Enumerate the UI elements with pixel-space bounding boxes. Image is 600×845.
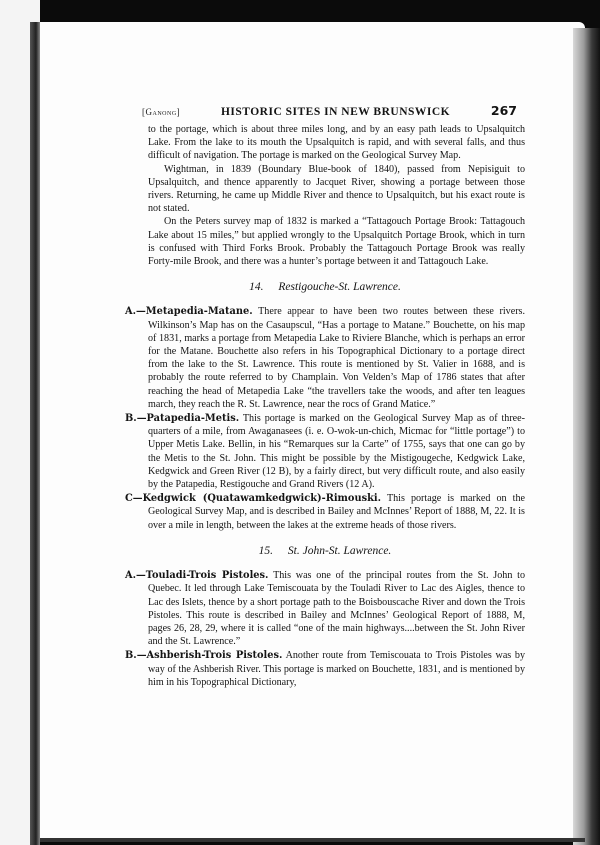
paragraph: to the portage, which is about three mil… (125, 123, 525, 163)
section-heading: 14. Restigouche-St. Lawrence. (125, 281, 525, 294)
route-entry: A.—Metapedia-Matane. There appear to hav… (125, 305, 525, 411)
running-head: [Ganong] HISTORIC SITES IN NEW BRUNSWICK… (142, 103, 517, 119)
page-stack-edge (573, 28, 600, 845)
route-entry: B.—Patapedia-Metis. This portage is mark… (125, 412, 525, 491)
route-text: There appear to have been two routes bet… (148, 306, 525, 409)
paragraph: On the Peters survey map of 1832 is mark… (125, 215, 525, 268)
route-entry: C—Kedgwick (Quatawamkedgwick)-Rimouski. … (125, 492, 525, 532)
section-heading: 15. St. John-St. Lawrence. (125, 545, 525, 558)
route-text: This was one of the principal routes fro… (148, 570, 525, 647)
paragraph: Wightman, in 1839 (Boundary Blue-book of… (125, 163, 525, 216)
route-label: A.—Touladi-Trois Pistoles. (125, 570, 268, 581)
section-title: St. John-St. Lawrence. (288, 545, 391, 557)
book-gutter (30, 22, 40, 845)
route-label: B.—Ashberish-Trois Pistoles. (125, 650, 282, 661)
page-bottom-edge (40, 838, 585, 842)
section-title: Restigouche-St. Lawrence. (278, 281, 401, 293)
route-label: A.—Metapedia-Matane. (125, 306, 253, 317)
page-number: 267 (491, 103, 517, 118)
route-entry: B.—Ashberish-Trois Pistoles. Another rou… (125, 649, 525, 689)
page-body: to the portage, which is about three mil… (125, 123, 525, 690)
route-label: C—Kedgwick (Quatawamkedgwick)-Rimouski. (125, 493, 381, 504)
route-entry: A.—Touladi-Trois Pistoles. This was one … (125, 569, 525, 648)
section-number: 15. (259, 545, 273, 557)
route-text: This portage is marked on the Geological… (148, 413, 525, 490)
section-number: 14. (249, 281, 263, 293)
running-head-title: HISTORIC SITES IN NEW BRUNSWICK (221, 106, 450, 118)
route-label: B.—Patapedia-Metis. (125, 413, 239, 424)
running-head-author: [Ganong] (142, 107, 180, 117)
